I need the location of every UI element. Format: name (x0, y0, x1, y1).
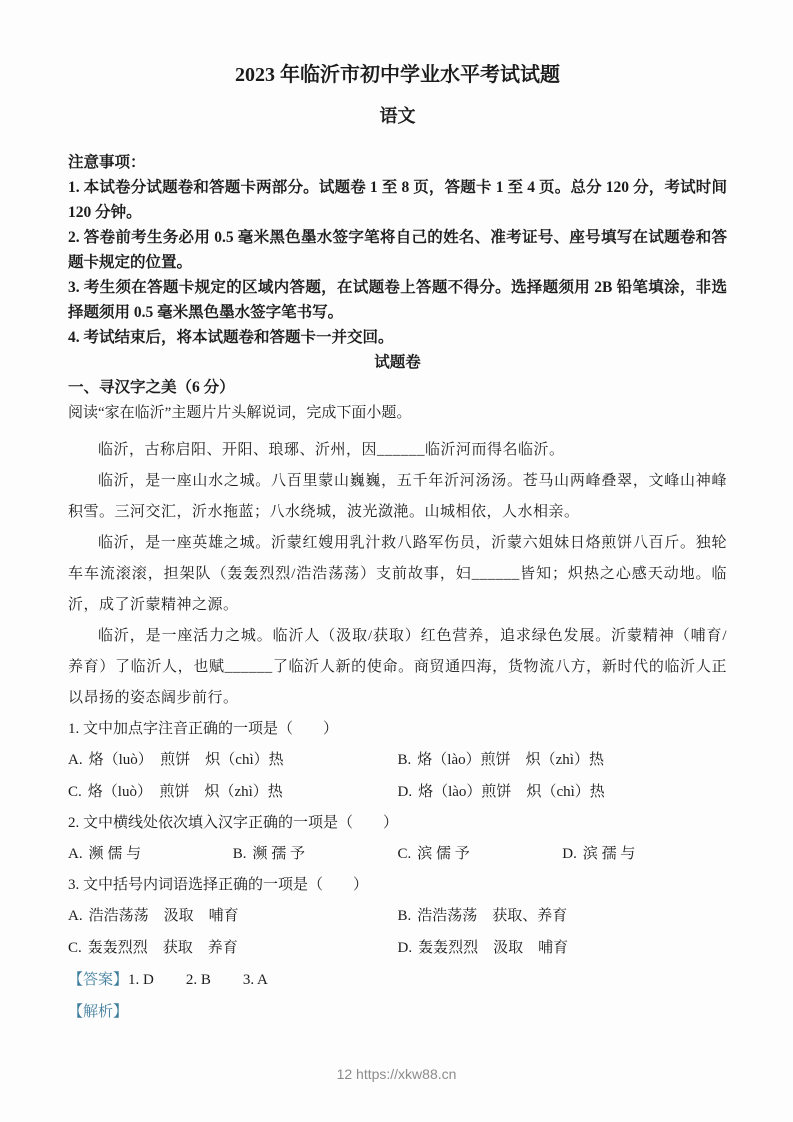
section-heading: 一、寻汉字之美（6 分） (68, 375, 727, 400)
option-1d: D.烙（lào）煎饼 炽（chì）热 (398, 776, 728, 808)
exam-title: 2023 年临沂市初中学业水平考试试题 (68, 62, 727, 88)
option-text: 烙（luò） 煎饼 炽（chì）热 (89, 752, 284, 768)
option-text: 轰轰烈烈 获取 养育 (88, 940, 238, 956)
passage: 临沂，古称启阳、开阳、琅琊、沂州，因______临沂河而得名临沂。 临沂，是一座… (68, 435, 727, 714)
passage-paragraph: 临沂，古称启阳、开阳、琅琊、沂州，因______临沂河而得名临沂。 (68, 435, 727, 466)
option-text: 浩浩荡荡 获取、养育 (417, 908, 567, 924)
option-text: 烙（lào）煎饼 炽（chì）热 (418, 784, 605, 800)
option-3c: C.轰轰烈烈 获取 养育 (68, 932, 398, 964)
question-1-options-row: C.烙（luò） 煎饼 炽（zhì）热 D.烙（lào）煎饼 炽（chì）热 (68, 776, 727, 808)
option-label: C. (68, 784, 82, 800)
option-text: 滨 孺 与 (583, 846, 636, 862)
question-3-stem: 3. 文中括号内词语选择正确的一项是（ ） (68, 870, 727, 900)
option-label: B. (398, 908, 412, 924)
option-label: A. (68, 846, 83, 862)
option-2d: D.滨 孺 与 (562, 838, 727, 870)
option-label: B. (233, 846, 247, 862)
option-label: D. (562, 846, 577, 862)
answer-item: 1. D (128, 972, 154, 988)
exam-paper-page: 2023 年临沂市初中学业水平考试试题 语文 注意事项： 1. 本试卷分试题卷和… (0, 0, 793, 1122)
answer-item: 3. A (243, 972, 268, 988)
option-3d: D.轰轰烈烈 汲取 哺育 (398, 932, 728, 964)
question-1-stem: 1. 文中加点字注音正确的一项是（ ） (68, 714, 727, 744)
subject-title: 语文 (68, 104, 727, 128)
notice-item: 1. 本试卷分试题卷和答题卡两部分。试题卷 1 至 8 页，答题卡 1 至 4 … (68, 175, 727, 225)
answer-item: 2. B (186, 972, 211, 988)
option-text: 浩浩荡荡 汲取 哺育 (89, 908, 239, 924)
answer-label: 【答案】 (68, 972, 128, 988)
passage-paragraph: 临沂，是一座山水之城。八百里蒙山巍巍，五千年沂河汤汤。苍马山两峰叠翠，文峰山神峰… (68, 466, 727, 528)
paper-type-label: 试题卷 (68, 350, 727, 375)
option-label: D. (398, 940, 413, 956)
notice-item: 3. 考生须在答题卡规定的区域内答题，在试题卷上答题不得分。选择题须用 2B 铅… (68, 275, 727, 325)
analysis-row: 【解析】 (68, 996, 727, 1028)
notice-heading: 注意事项： (68, 150, 727, 175)
option-3b: B.浩浩荡荡 获取、养育 (398, 900, 728, 932)
passage-intro: 阅读“家在临沂”主题片片头解说词，完成下面小题。 (68, 400, 727, 427)
analysis-label: 【解析】 (68, 1004, 128, 1020)
question-2-stem: 2. 文中横线处依次填入汉字正确的一项是（ ） (68, 808, 727, 838)
notice-item: 2. 答卷前考生务必用 0.5 毫米黑色墨水签字笔将自己的姓名、准考证号、座号填… (68, 225, 727, 275)
option-2b: B.濒 孺 予 (233, 838, 398, 870)
option-1b: B.烙（lào）煎饼 炽（zhì）热 (398, 744, 728, 776)
option-label: A. (68, 752, 83, 768)
option-label: B. (398, 752, 412, 768)
option-text: 滨 儒 予 (417, 846, 470, 862)
option-label: D. (398, 784, 413, 800)
option-2c: C.滨 儒 予 (398, 838, 563, 870)
option-label: C. (398, 846, 412, 862)
option-text: 濒 孺 予 (253, 846, 306, 862)
answer-row: 【答案】1. D2. B3. A (68, 964, 727, 996)
option-3a: A.浩浩荡荡 汲取 哺育 (68, 900, 398, 932)
option-1c: C.烙（luò） 煎饼 炽（zhì）热 (68, 776, 398, 808)
question-1-options-row: A.烙（luò） 煎饼 炽（chì）热 B.烙（lào）煎饼 炽（zhì）热 (68, 744, 727, 776)
question-3-options-row: A.浩浩荡荡 汲取 哺育 B.浩浩荡荡 获取、养育 (68, 900, 727, 932)
page-footer: 12 https://xkw88.cn (0, 1066, 793, 1082)
passage-paragraph: 临沂，是一座英雄之城。沂蒙红嫂用乳汁救八路军伤员，沂蒙六姐妹日烙煎饼八百斤。独轮… (68, 528, 727, 621)
option-label: C. (68, 940, 82, 956)
notice-section: 注意事项： 1. 本试卷分试题卷和答题卡两部分。试题卷 1 至 8 页，答题卡 … (68, 150, 727, 350)
option-2a: A.濒 儒 与 (68, 838, 233, 870)
option-text: 轰轰烈烈 汲取 哺育 (418, 940, 568, 956)
page-content: 2023 年临沂市初中学业水平考试试题 语文 注意事项： 1. 本试卷分试题卷和… (0, 0, 793, 1028)
passage-paragraph: 临沂，是一座活力之城。临沂人（汲取/获取）红色营养，追求绿色发展。沂蒙精神（哺育… (68, 621, 727, 714)
notice-item: 4. 考试结束后，将本试题卷和答题卡一并交回。 (68, 325, 727, 350)
option-1a: A.烙（luò） 煎饼 炽（chì）热 (68, 744, 398, 776)
option-text: 濒 儒 与 (89, 846, 142, 862)
option-label: A. (68, 908, 83, 924)
option-text: 烙（luò） 煎饼 炽（zhì）热 (88, 784, 283, 800)
question-3-options-row: C.轰轰烈烈 获取 养育 D.轰轰烈烈 汲取 哺育 (68, 932, 727, 964)
question-2-options-row: A.濒 儒 与 B.濒 孺 予 C.滨 儒 予 D.滨 孺 与 (68, 838, 727, 870)
option-text: 烙（lào）煎饼 炽（zhì）热 (417, 752, 604, 768)
